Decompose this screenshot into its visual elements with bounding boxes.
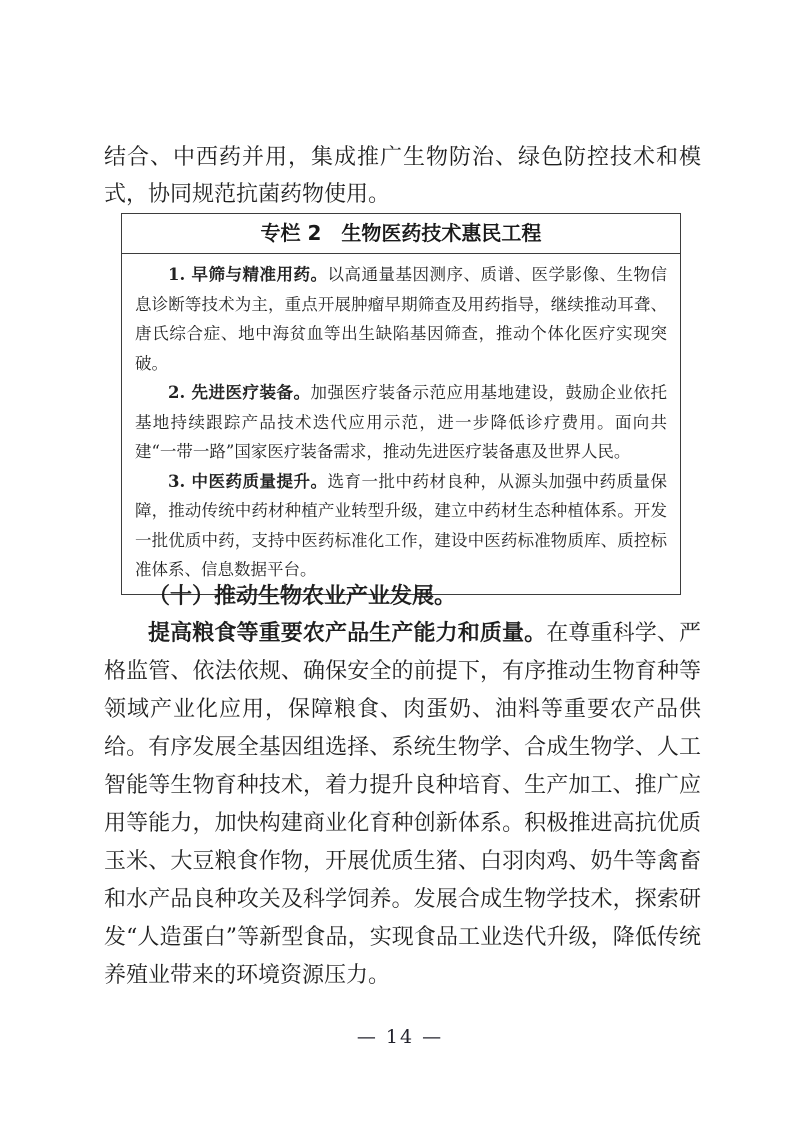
item-3-lead: 3. 中医药质量提升。 [168,472,327,491]
callout-box-item-1: 1. 早筛与精准用药。以高通量基因测序、质谱、医学影像、生物信息诊断等技术为主，… [135,260,667,378]
main-paragraph: 提高粮食等重要农产品生产能力和质量。在尊重科学、严格监管、依法依规、确保安全的前… [104,614,701,995]
main-paragraph-body: 在尊重科学、严格监管、依法依规、确保安全的前提下，有序推动生物育种等领域产业化应… [104,621,701,988]
item-2-lead: 2. 先进医疗装备。 [168,383,310,402]
main-paragraph-lead: 提高粮食等重要农产品生产能力和质量。 [148,620,546,646]
item-1-lead: 1. 早筛与精准用药。 [168,265,327,284]
callout-box-item-2: 2. 先进医疗装备。加强医疗装备示范应用基地建设，鼓励企业依托基地持续跟踪产品技… [135,378,667,467]
callout-box-item-3: 3. 中医药质量提升。选育一批中药材良种，从源头加强中药质量保障，推动传统中药材… [135,467,667,585]
page-number: — 14 — [0,1026,800,1048]
callout-box-title: 专栏 2 生物医药技术惠民工程 [122,214,680,254]
intro-paragraph: 结合、中西药并用，集成推广生物防治、绿色防控技术和模式，协同规范抗菌药物使用。 [104,139,701,213]
section-heading: （十）推动生物农业产业发展。 [104,578,701,614]
callout-box-body: 1. 早筛与精准用药。以高通量基因测序、质谱、医学影像、生物信息诊断等技术为主，… [122,254,680,594]
callout-box: 专栏 2 生物医药技术惠民工程 1. 早筛与精准用药。以高通量基因测序、质谱、医… [121,213,681,595]
document-page: 结合、中西药并用，集成推广生物防治、绿色防控技术和模式，协同规范抗菌药物使用。 … [0,0,800,1131]
